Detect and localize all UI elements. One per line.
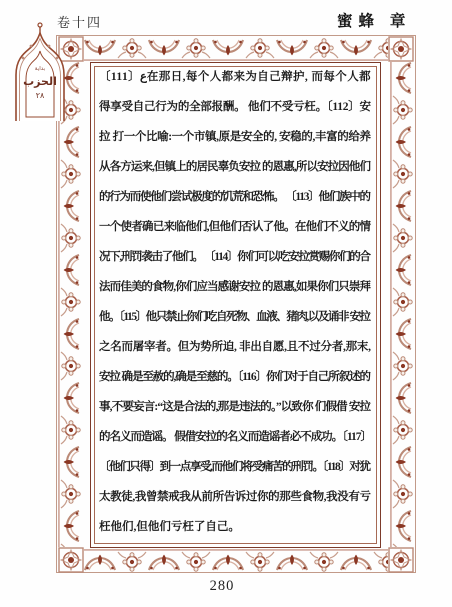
border-corner-bottom-left bbox=[58, 547, 84, 573]
text-line: 从各方运来,但镇上的居民辜负安拉 的恩惠,所以安拉因他们 bbox=[99, 152, 371, 182]
text-line: 太教徒,我曾禁戒我从前所告诉过你的那些食物,我没有亏 bbox=[99, 482, 371, 512]
header-chapter-title: 蜜蜂 章 bbox=[337, 9, 411, 31]
text-line: 得享受自己行为的全部报酬。 他们不受亏枉。〔112〕安 bbox=[99, 92, 371, 122]
text-line: 枉他们,但他们亏枉了自己。 bbox=[99, 512, 371, 542]
border-strip-left bbox=[58, 62, 82, 547]
hizb-main-label: الحزب bbox=[23, 75, 57, 88]
hizb-small-label: بداية bbox=[35, 66, 46, 72]
body-text: ع〔111〕在那日,每个人都来为自己辩护, 而每个人都得享受自己行为的全部报酬。… bbox=[99, 62, 371, 542]
border-strip-right bbox=[390, 62, 414, 547]
border-corner-top-right bbox=[388, 36, 414, 62]
text-line: 法而佳美的食物,你们应当感谢安拉 的恩惠,如果你们只崇拜 bbox=[99, 272, 371, 302]
page-number: 280 bbox=[0, 578, 444, 595]
hizb-number: ٢٨ bbox=[36, 91, 45, 100]
text-line: 安拉 确是至赦的,确是至慈的。〔116〕你们对于自己所叙述的 bbox=[99, 362, 371, 392]
hizb-medallion-icon: بداية الحزب ٢٨ bbox=[10, 13, 68, 125]
book-page: { "header": { "volume": "卷十四", "chapter"… bbox=[0, 0, 452, 607]
text-line: 事,不要妄言:“这是合法的,那是违法的。”以致你 们假借 安拉 bbox=[99, 392, 371, 422]
text-line: ع〔111〕在那日,每个人都来为自己辩护, 而每个人都 bbox=[99, 62, 371, 92]
border-strip-top bbox=[84, 37, 388, 61]
text-line: 他。〔115〕他只禁止你们吃自死物、血液、猪肉,以及诵非 安拉 bbox=[99, 302, 371, 332]
text-line: 之名而屠宰者。但为势所迫, 非出自愿,且不过分者,那末, bbox=[99, 332, 371, 362]
text-line: 拉 打一个比喻:一个市镇,原是安全的, 安稳的,丰富的给养 bbox=[99, 122, 371, 152]
border-corner-bottom-right bbox=[388, 547, 414, 573]
border-strip-bottom bbox=[84, 549, 388, 573]
text-line: 〔他们只得〕到一点享受,而他们将受痛苦的刑罚。〔118〕对犹 bbox=[99, 452, 371, 482]
text-line: 的名义而造谣。 假借安拉的名义而造谣者必不成功。〔117〕 bbox=[99, 422, 371, 452]
text-line: 一个使者确已来临他们,但他们否认了他。在他们不义的情 bbox=[99, 212, 371, 242]
text-line: 的行为而使他们尝试极度的饥荒和恐怖。 〔113〕他们族中的 bbox=[99, 182, 371, 212]
text-line: 况下,刑罚袭击了他们。 〔114〕你们可以吃安拉赏赐你们的合 bbox=[99, 242, 371, 272]
